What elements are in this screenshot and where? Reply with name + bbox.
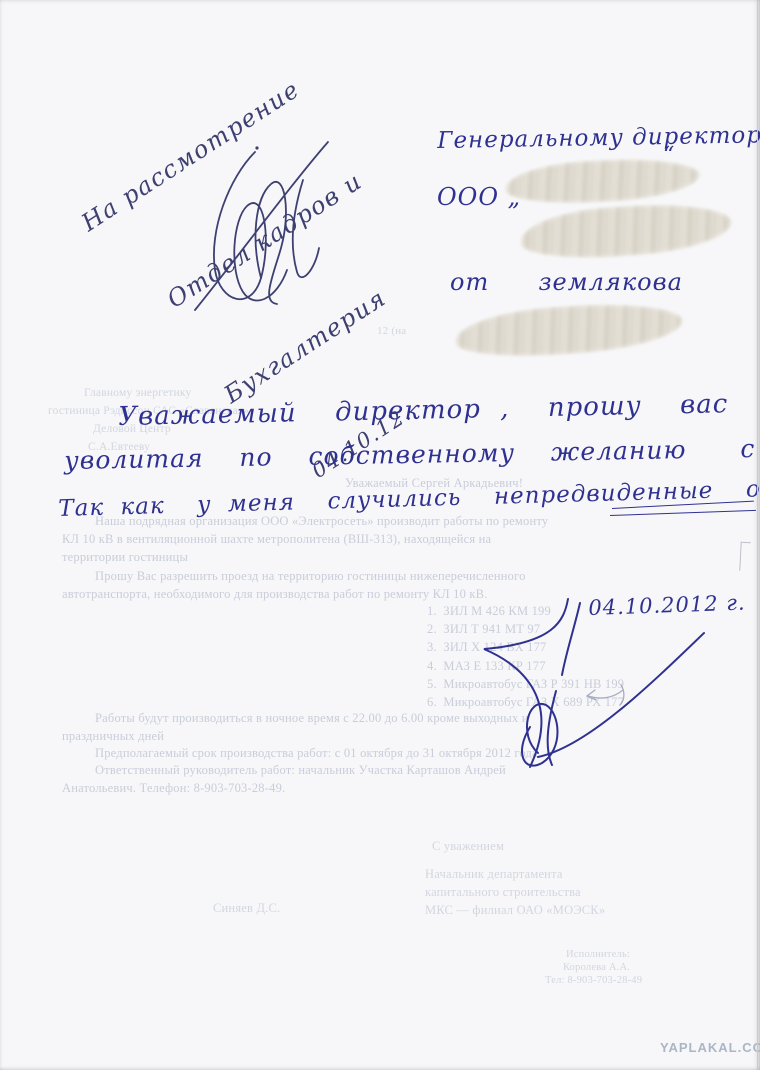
pencil-arrow-icon — [583, 683, 625, 707]
faint-closing-line: Начальник департамента — [425, 867, 563, 882]
redaction-smudge — [504, 155, 701, 207]
redaction-smudge — [519, 199, 734, 264]
faint-paragraph-line: Прошу Вас разрешить проезд на территорию… — [95, 569, 526, 584]
faint-fragment: 12 (на — [377, 325, 406, 337]
faint-paragraph-line: Работы будут производиться в ночное врем… — [95, 711, 529, 726]
faint-paragraph-line: КЛ 10 кВ в вентиляционной шахте метропол… — [62, 532, 491, 547]
faint-closing-line: капитального строительства — [425, 885, 581, 900]
faint-executor-line: Королева А.А. — [563, 962, 630, 973]
redaction-smudge — [454, 298, 685, 362]
scan-margin-mark — [739, 542, 751, 571]
faint-signer-name: Синяев Д.С. — [213, 901, 280, 916]
faint-header-line: Главному энергетику — [84, 387, 191, 399]
faint-paragraph-line: Ответственный руководитель работ: началь… — [95, 763, 506, 778]
scanned-letter-page: На рассмотрение Отдел кадров и Бухгалтер… — [0, 0, 760, 1070]
faint-executor-line: Исполнитель: — [566, 949, 630, 960]
faint-paragraph-line: Анатольевич. Телефон: 8-903-703-28-49. — [62, 781, 285, 796]
addressee-line: Генеральному директору — [437, 122, 760, 154]
watermark: YAPLAKAL.COM — [660, 1040, 760, 1055]
from-line: от землякова — [450, 268, 683, 296]
faint-executor-line: Тел: 8-903-703-28-49 — [545, 975, 642, 986]
faint-paragraph-line: автотранспорта, необходимого для произво… — [62, 587, 488, 602]
routing-signature-icon — [185, 120, 335, 320]
faint-paragraph-line: территории гостиницы — [62, 550, 188, 565]
faint-closing-line: С уважением — [432, 839, 504, 854]
faint-paragraph-line: праздничных дней — [62, 729, 164, 744]
overwrite-stroke — [610, 510, 756, 516]
faint-closing-line: МКС — филиал ОАО «МОЭСК» — [425, 903, 605, 918]
